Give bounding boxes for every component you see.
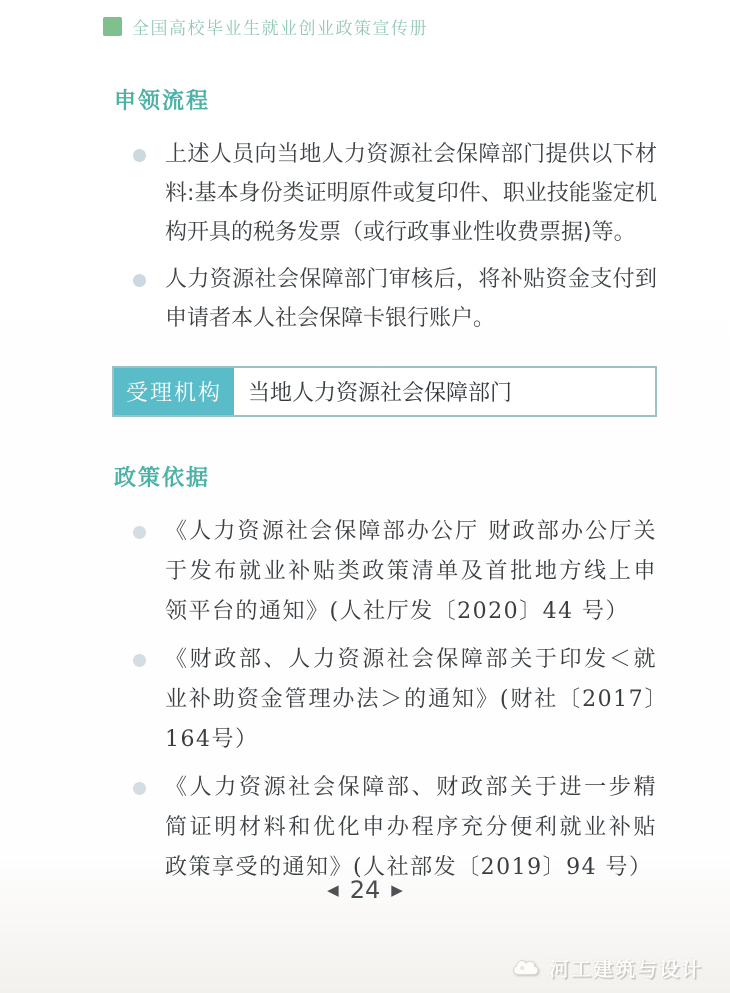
page-navigation: ◀ 24 ▶ xyxy=(0,876,730,904)
list-item: 人力资源社会保障部门审核后，将补贴资金支付到申请者本人社会保障卡银行账户。 xyxy=(112,260,657,338)
watermark: 河工建筑与设计 xyxy=(511,953,703,982)
next-page-icon[interactable]: ▶ xyxy=(391,883,403,898)
list-item-text: 《财政部、人力资源社会保障部关于印发＜就业补助资金管理办法＞的通知》(财社〔20… xyxy=(165,640,657,760)
bullet-dot-icon xyxy=(133,274,146,287)
watermark-text: 河工建筑与设计 xyxy=(549,953,703,982)
policy-basis-list: 《人力资源社会保障部办公厅 财政部办公厅关于发布就业补贴类政策清单及首批地方线上… xyxy=(112,512,657,888)
application-process-list: 上述人员向当地人力资源社会保障部门提供以下材料:基本身份类证明原件或复印件、职业… xyxy=(112,135,657,338)
page-number: 24 xyxy=(350,876,381,904)
accepting-agency-label: 受理机构 xyxy=(114,368,234,415)
list-item-text: 《人力资源社会保障部办公厅 财政部办公厅关于发布就业补贴类政策清单及首批地方线上… xyxy=(165,512,657,632)
bullet-dot-icon xyxy=(133,149,146,162)
pamphlet-page: 全国高校毕业生就业创业政策宣传册 申领流程 上述人员向当地人力资源社会保障部门提… xyxy=(0,0,730,993)
section-application-process: 申领流程 上述人员向当地人力资源社会保障部门提供以下材料:基本身份类证明原件或复… xyxy=(112,84,657,338)
list-item: 《人力资源社会保障部办公厅 财政部办公厅关于发布就业补贴类政策清单及首批地方线上… xyxy=(112,512,657,632)
list-item: 《财政部、人力资源社会保障部关于印发＜就业补助资金管理办法＞的通知》(财社〔20… xyxy=(112,640,657,760)
booklet-title: 全国高校毕业生就业创业政策宣传册 xyxy=(132,14,428,39)
bullet-dot-icon xyxy=(133,654,146,667)
prev-page-icon[interactable]: ◀ xyxy=(327,883,339,898)
list-item: 上述人员向当地人力资源社会保障部门提供以下材料:基本身份类证明原件或复印件、职业… xyxy=(112,135,657,252)
accepting-agency-box: 受理机构 当地人力资源社会保障部门 xyxy=(112,366,657,417)
accepting-agency-value: 当地人力资源社会保障部门 xyxy=(234,368,518,415)
page-content: 申领流程 上述人员向当地人力资源社会保障部门提供以下材料:基本身份类证明原件或复… xyxy=(112,84,657,896)
list-item: 《人力资源社会保障部、财政部关于进一步精简证明材料和优化申办程序充分便利就业补贴… xyxy=(112,768,657,888)
application-process-heading: 申领流程 xyxy=(114,84,657,115)
bullet-dot-icon xyxy=(133,782,146,795)
bullet-dot-icon xyxy=(133,526,146,539)
watermark-logo-icon xyxy=(511,955,541,981)
list-item-text: 上述人员向当地人力资源社会保障部门提供以下材料:基本身份类证明原件或复印件、职业… xyxy=(165,135,657,252)
page-header: 全国高校毕业生就业创业政策宣传册 xyxy=(103,14,428,39)
list-item-text: 人力资源社会保障部门审核后，将补贴资金支付到申请者本人社会保障卡银行账户。 xyxy=(165,260,657,338)
header-square-icon xyxy=(103,17,122,36)
policy-basis-heading: 政策依据 xyxy=(114,461,657,492)
section-policy-basis: 政策依据 《人力资源社会保障部办公厅 财政部办公厅关于发布就业补贴类政策清单及首… xyxy=(112,461,657,888)
list-item-text: 《人力资源社会保障部、财政部关于进一步精简证明材料和优化申办程序充分便利就业补贴… xyxy=(165,768,657,888)
